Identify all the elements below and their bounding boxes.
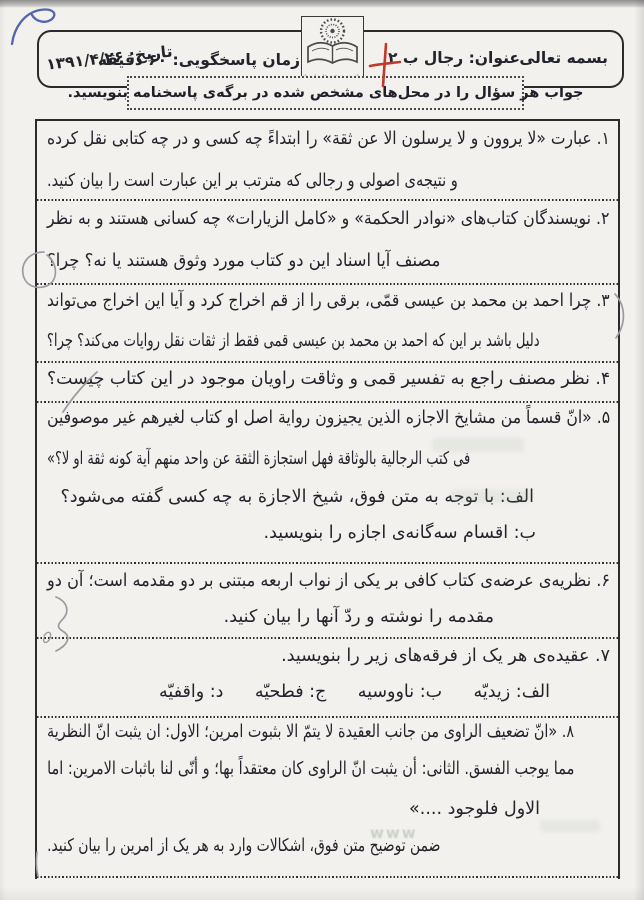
question-5-line-2: فی کتب الرجالیة بالوثاقة فهل استجازة الث… xyxy=(47,449,610,479)
question-separator xyxy=(37,282,618,285)
question-5-line-1: ۵. «انّ قسماً من مشایخ الاجازه الذین یجی… xyxy=(47,408,610,438)
question-8-line-2: مما یوجب الفسق. الثانی: أن یثبت انّ الرا… xyxy=(47,759,610,789)
q7-option-jim: ج: فطحیّه xyxy=(255,682,326,712)
bleed-through-watermark: www xyxy=(368,824,416,842)
scanned-exam-page: بسمه تعالی عنوان: رجال ب ۲ زمان پاسخگویی… xyxy=(0,0,644,900)
question-6-line-2: مقدمه را نوشته و ردّ آنها را بیان کنید. xyxy=(47,607,610,637)
questions-box: ۱. عبارت «لا یروون و لا یرسلون الا عن ثق… xyxy=(35,119,620,879)
bleed-through-smudge xyxy=(540,820,600,832)
question-1-line-1: ۱. عبارت «لا یروون و لا یرسلون الا عن ثق… xyxy=(47,129,610,159)
question-4-line-1: ۴. نظر مصنف راجع به تفسیر قمی و وثاقت را… xyxy=(47,369,610,399)
q7-option-be: ب: ناووسیه xyxy=(358,682,442,712)
bleed-through-smudge xyxy=(432,438,524,452)
question-8-line-3: الاول فلوجود ....» xyxy=(47,799,610,829)
question-separator xyxy=(37,400,618,403)
question-separator xyxy=(37,561,618,564)
stamp-emblem-icon xyxy=(303,17,362,69)
question-6-line-1: ۶. نظریه‌ی عرضه‌ی کتاب کافی بر یکی از نو… xyxy=(47,571,610,601)
question-7-options-row: الف: زیدیّه ب: ناووسیه ج: فطحیّه د: واقف… xyxy=(37,682,618,712)
question-2-line-1: ۲. نویسندگان کتاب‌های «نوادر الحکمة» و «… xyxy=(47,209,610,239)
q7-option-dal: د: واقفیّه xyxy=(159,682,223,712)
question-8-line-4: ضمن توضیح متن فوق، اشکالات وارد به هر یک… xyxy=(47,836,610,866)
instruction-note: جواب هر سؤال را در محل‌های مشخص شده در ب… xyxy=(127,76,524,110)
basmala-text: بسمه تعالی xyxy=(519,49,608,67)
institution-stamp: مرکز مدیریت حوزه علمیه اصفهان معاونت آمو… xyxy=(301,16,364,81)
question-separator xyxy=(37,198,618,201)
bleed-through-smudge xyxy=(450,490,530,503)
scan-edge-right xyxy=(634,0,644,900)
instruction-note-text: جواب هر سؤال را در محل‌های مشخص شده در ب… xyxy=(68,85,584,101)
question-3-line-2: دلیل باشد بر این که احمد بن محمد بن عیسی… xyxy=(47,331,610,361)
question-separator xyxy=(37,636,618,639)
question-2-line-2: مصنف آیا اسناد این دو کتاب مورد وثوق هست… xyxy=(47,251,610,281)
question-1-line-2: و نتیجه‌ی اصولی و رجالی که مترتب بر این … xyxy=(47,171,610,201)
question-7-line-1: ۷. عقیده‌ی هر یک از فرقه‌های زیر را بنوی… xyxy=(47,646,610,676)
question-separator xyxy=(37,715,618,718)
question-5-part-be: ب: اقسام سه‌گانه‌ی اجازه را بنویسید. xyxy=(47,523,610,553)
question-separator xyxy=(37,360,618,363)
q7-option-alef: الف: زیدیّه xyxy=(473,682,550,712)
scan-edge-top xyxy=(0,0,644,8)
scan-edge-bottom xyxy=(0,886,644,900)
question-3-line-1: ۳. چرا احمد بن محمد بن عیسی قمّی، برقی ر… xyxy=(47,291,610,321)
question-8-line-1: ۸. «انّ تضعیف الراوی من جانب العقیدة لا … xyxy=(47,722,610,752)
exam-title: عنوان: رجال ب ۲ xyxy=(388,49,520,67)
questions-box-bottom-border xyxy=(37,875,618,878)
